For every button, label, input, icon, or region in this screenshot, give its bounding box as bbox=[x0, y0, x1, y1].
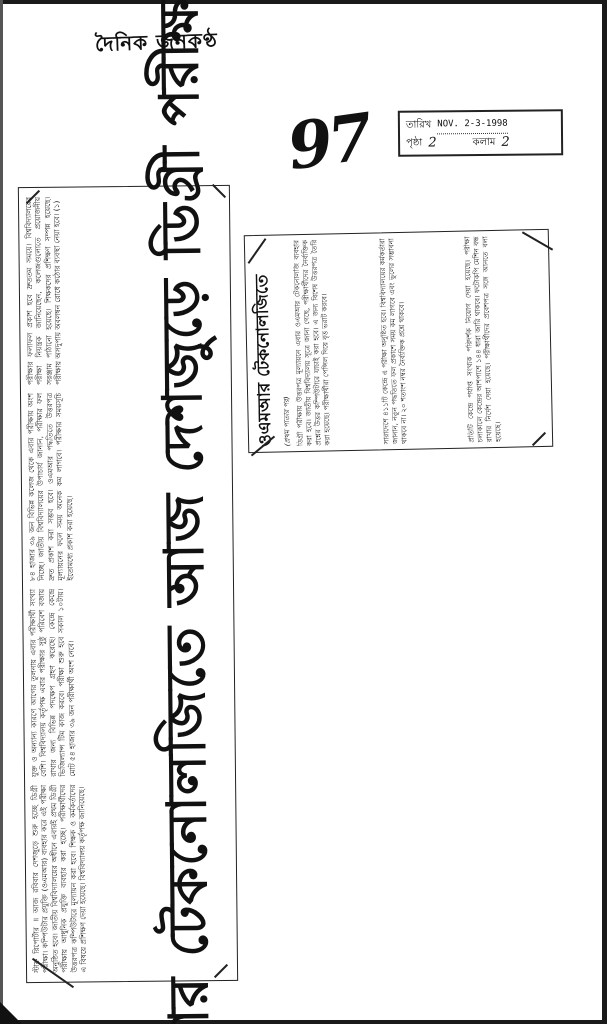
stamp-page-value: 2 bbox=[428, 134, 436, 152]
main-headline: ওএমআর টেকনোলজিতে আজ দেশজুড়ে ডিগ্রী পরীক… bbox=[138, 185, 238, 982]
article-column: ৮৪ হাজার ৩৯ জন বিভিন্ন কলেজ থেকে এবার পর… bbox=[26, 392, 140, 581]
stamp-column-value: 2 bbox=[501, 134, 509, 152]
scan-edge-bottom bbox=[0, 1020, 607, 1024]
article-column: যুক্ত ও অন্যান্য কারণে আগের তুলনায় এবার… bbox=[28, 588, 142, 777]
handwritten-page-number: 97 bbox=[283, 100, 374, 186]
scan-edge-top bbox=[0, 0, 607, 4]
main-article-clipping: ওএমআর টেকনোলজিতে আজ দেশজুড়ে ডিগ্রী পরীক… bbox=[18, 185, 238, 983]
stamp-date-row: তারিখ NOV. 2-3-1998 bbox=[406, 114, 555, 134]
stamp-page-row: পৃষ্ঠা 2 কলাম 2 bbox=[406, 133, 555, 152]
continuation-clipping: ওএমআর টেকনোলজিতে (প্রথম পাতার পর) ডিগ্রী… bbox=[244, 229, 553, 453]
scan-edge-right bbox=[602, 0, 607, 1024]
stamp-date-label: তারিখ bbox=[406, 116, 431, 134]
article-column: পরীক্ষার ফলাফল প্রকাশ হবে দ্রুততম সময়ে।… bbox=[24, 196, 138, 385]
stamp-date-value: NOV. 2-3-1998 bbox=[437, 115, 508, 135]
main-article-rotated: ওএমআর টেকনোলজিতে আজ দেশজুড়ে ডিগ্রী পরীক… bbox=[18, 185, 238, 983]
folded-corner bbox=[0, 1002, 22, 1024]
continuation-rotated: ওএমআর টেকনোলজিতে (প্রথম পাতার পর) ডিগ্রী… bbox=[244, 229, 553, 453]
stamp-column-label: কলাম bbox=[472, 134, 495, 152]
article-column: প্রতিটি কেন্দ্রে পর্যাপ্ত সংখ্যক পরিদর্শ… bbox=[463, 235, 549, 443]
article-column: স্টাফ রিপোর্টার ॥ আজ রবিবার দেশজুড়ে শুর… bbox=[30, 784, 144, 973]
article-column: সারাদেশে ৪১১টি কেন্দ্রে এ পরীক্ষা অনুষ্ঠ… bbox=[378, 237, 464, 445]
continuation-headline: ওএমআর টেকনোলজিতে bbox=[248, 241, 280, 448]
continuation-body: ডিগ্রী পরীক্ষায় উত্তরপত্র মূল্যায়নে এব… bbox=[292, 235, 549, 446]
scan-edge-left bbox=[0, 0, 3, 1024]
main-article-body: স্টাফ রিপোর্টার ॥ আজ রবিবার দেশজুড়ে শুর… bbox=[18, 186, 146, 983]
article-column: ডিগ্রী পরীক্ষায় উত্তরপত্র মূল্যায়নে এব… bbox=[292, 239, 378, 447]
stamp-page-label: পৃষ্ঠা bbox=[406, 135, 422, 153]
date-stamp: তারিখ NOV. 2-3-1998 পৃষ্ঠা 2 কলাম 2 bbox=[398, 109, 563, 156]
